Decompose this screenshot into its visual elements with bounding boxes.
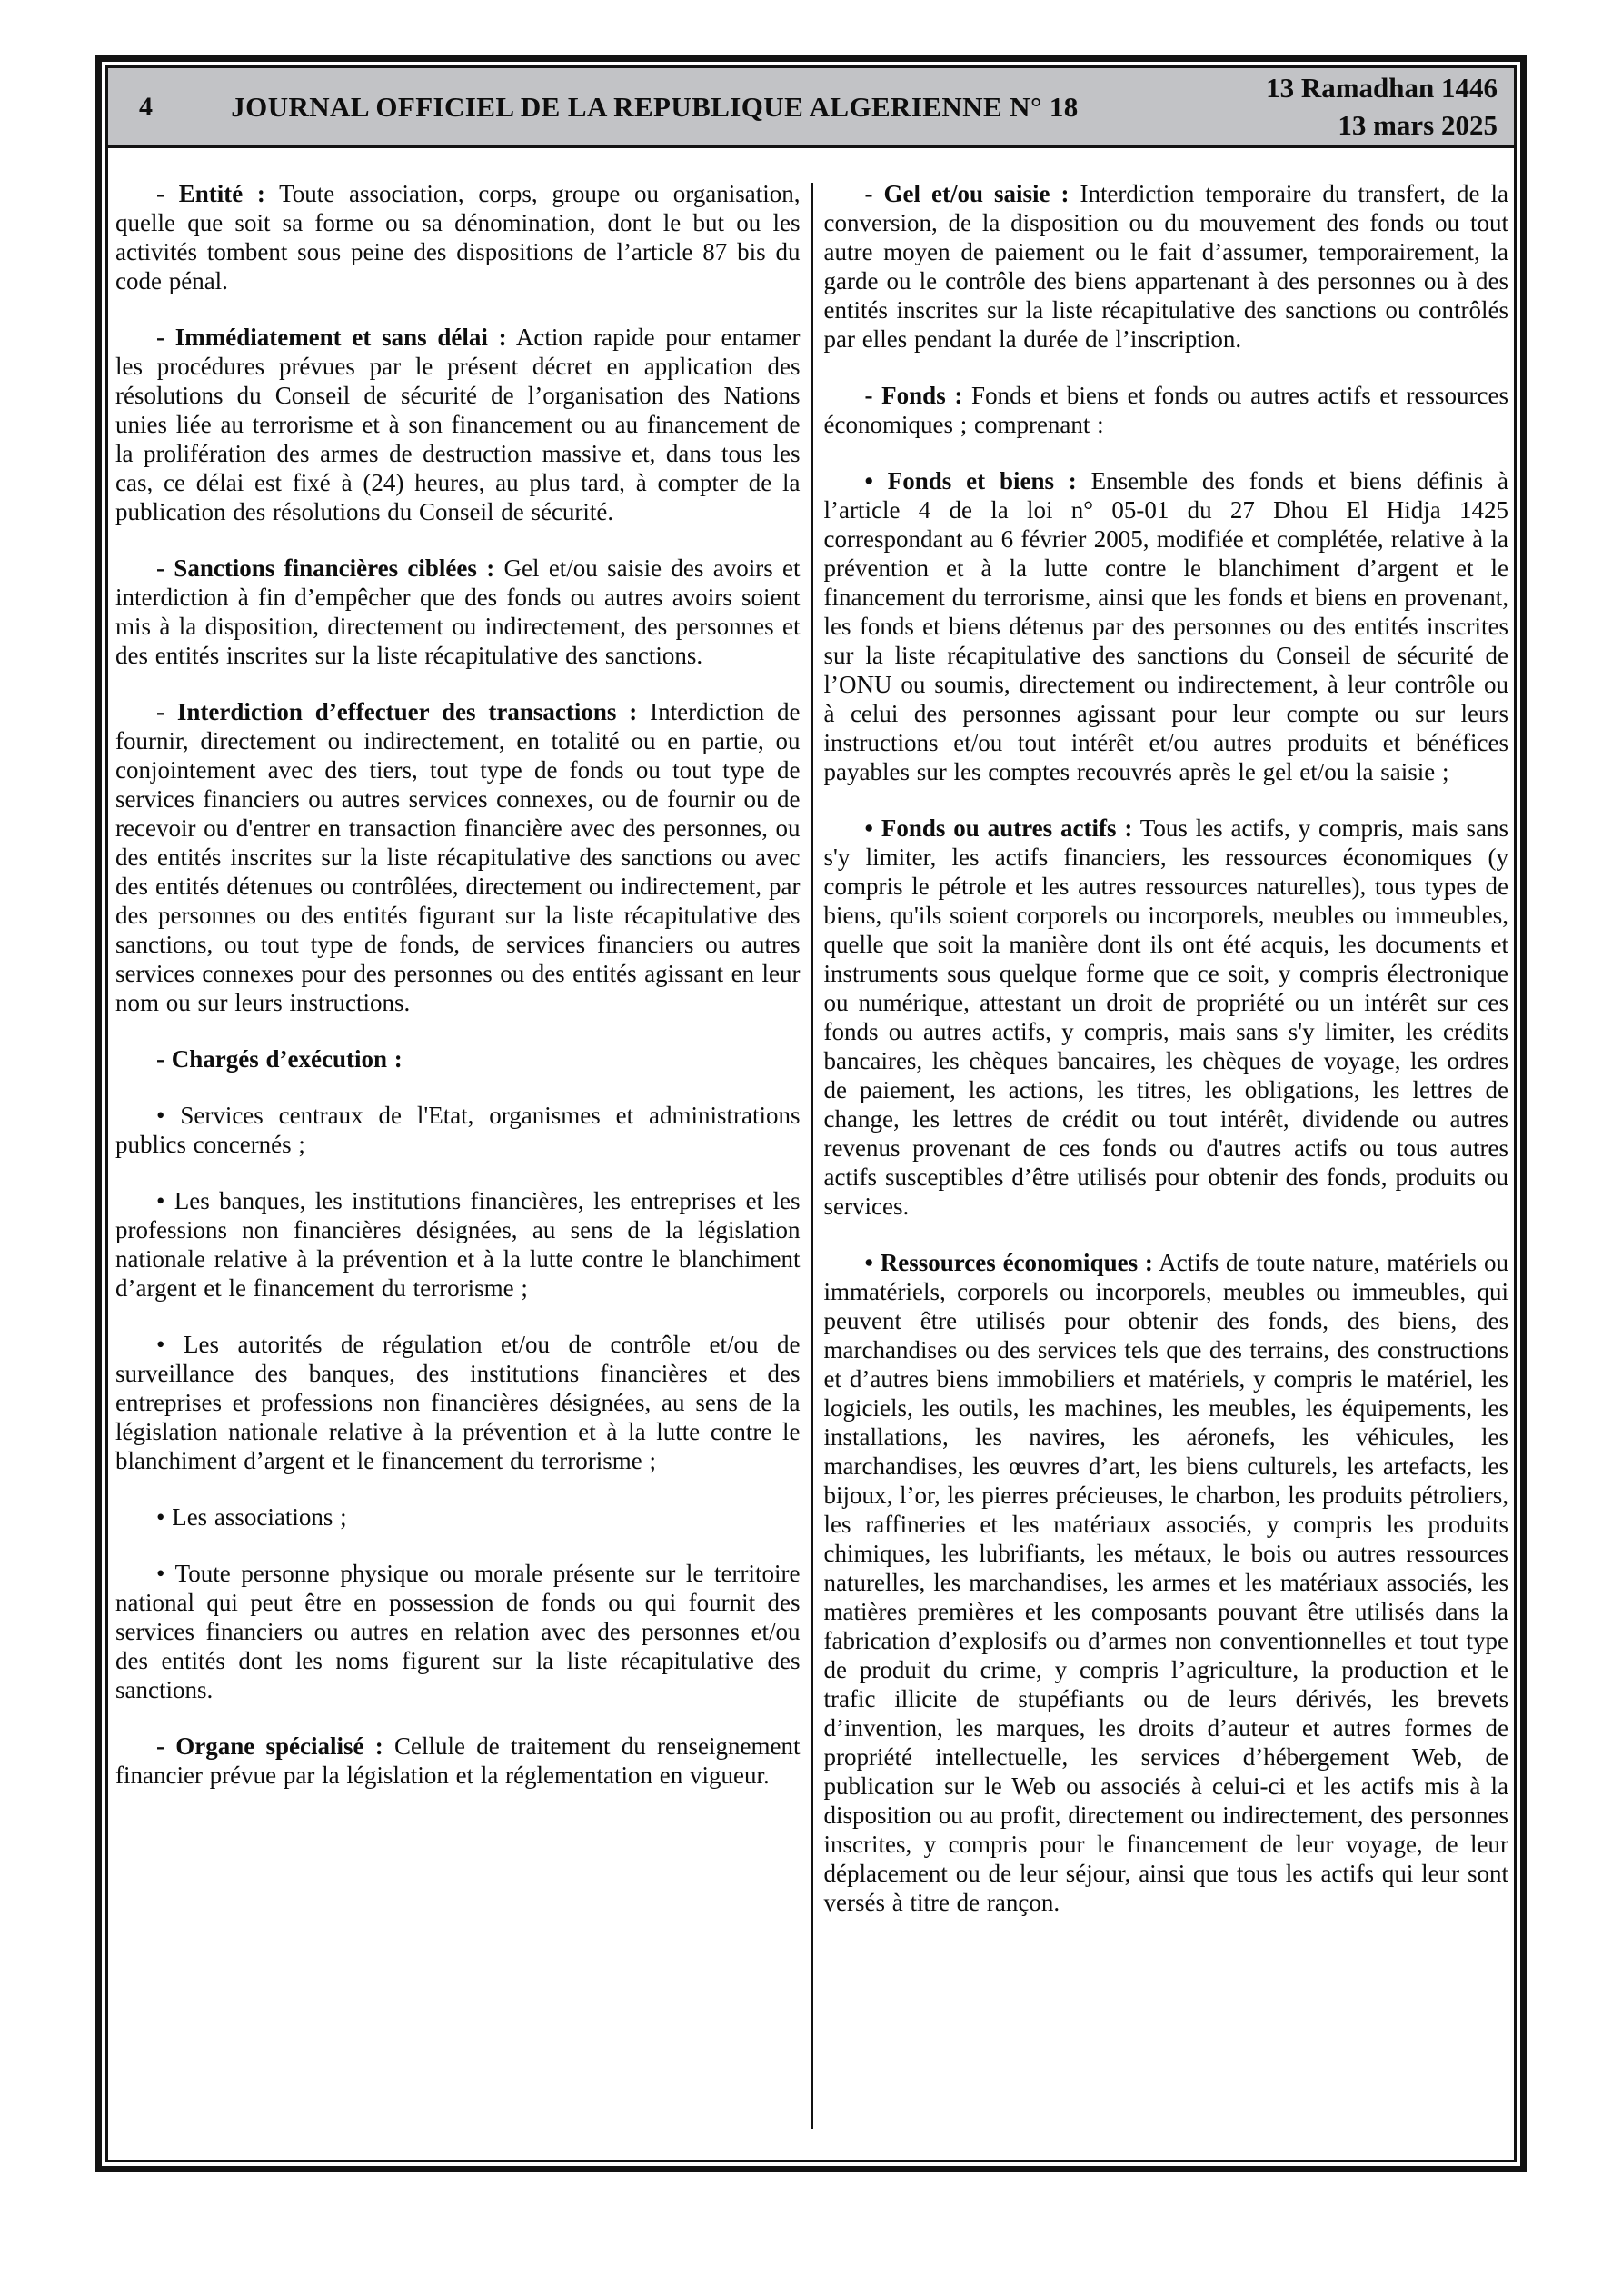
bullet-item: • Fonds ou autres actifs : Tous les acti…: [824, 814, 1509, 1221]
term-label: - Immédiatement et sans délai :: [156, 324, 507, 351]
definition-paragraph: - Gel et/ou saisie : Interdiction tempor…: [824, 179, 1509, 354]
definition-text: • Les autorités de régulation et/ou de c…: [115, 1331, 801, 1474]
bullet-item: • Toute personne physique ou morale prés…: [115, 1559, 801, 1704]
page-frame: 4 JOURNAL OFFICIEL DE LA REPUBLIQUE ALGE…: [95, 55, 1527, 2172]
definition-paragraph: - Fonds : Fonds et biens et fonds ou aut…: [824, 381, 1509, 439]
definition-text: Interdiction de fournir, directement ou …: [115, 698, 801, 1016]
definition-text: • Les associations ;: [156, 1503, 347, 1531]
definition-paragraph: - Chargés d’exécution :: [115, 1044, 801, 1073]
definition-paragraph: - Organe spécialisé : Cellule de traitem…: [115, 1732, 801, 1790]
definition-paragraph: - Sanctions financières ciblées : Gel et…: [115, 554, 801, 670]
page-frame-inner: 4 JOURNAL OFFICIEL DE LA REPUBLIQUE ALGE…: [105, 65, 1517, 2162]
definition-paragraph: - Immédiatement et sans délai : Action r…: [115, 323, 801, 526]
bullet-item: • Les banques, les institutions financiè…: [115, 1186, 801, 1303]
term-label: • Ressources économiques :: [865, 1249, 1153, 1276]
bullet-item: • Services centraux de l'Etat, organisme…: [115, 1101, 801, 1159]
bullet-item: • Les autorités de régulation et/ou de c…: [115, 1330, 801, 1475]
term-label: • Fonds ou autres actifs :: [865, 814, 1133, 842]
definition-text: • Toute personne physique ou morale prés…: [115, 1560, 801, 1703]
definition-text: Action rapide pour entamer les procédure…: [115, 324, 801, 525]
term-label: - Organe spécialisé :: [156, 1732, 383, 1760]
journal-page: { "header": { "page_number": "4", "title…: [0, 0, 1622, 2296]
definition-paragraph: - Entité : Toute association, corps, gro…: [115, 179, 801, 295]
header-band: 4 JOURNAL OFFICIEL DE LA REPUBLIQUE ALGE…: [108, 68, 1514, 148]
content-area: - Entité : Toute association, corps, gro…: [108, 148, 1514, 2160]
definition-text: • Les banques, les institutions financiè…: [115, 1187, 801, 1302]
issue-dates: 13 Ramadhan 1446 13 mars 2025: [1107, 70, 1501, 145]
right-column: - Gel et/ou saisie : Interdiction tempor…: [813, 179, 1509, 2160]
term-label: • Fonds et biens :: [865, 467, 1077, 494]
bullet-item: • Ressources économiques : Actifs de tou…: [824, 1248, 1509, 1917]
definition-paragraph: - Interdiction d’effectuer des transacti…: [115, 697, 801, 1017]
term-label: - Interdiction d’effectuer des transacti…: [156, 698, 637, 725]
term-label: - Gel et/ou saisie :: [865, 180, 1070, 207]
definition-text: Tous les actifs, y compris, mais sans s'…: [824, 814, 1509, 1220]
term-label: - Sanctions financières ciblées :: [156, 554, 494, 582]
journal-title: JOURNAL OFFICIEL DE LA REPUBLIQUE ALGERI…: [203, 91, 1107, 124]
definition-text: • Services centraux de l'Etat, organisme…: [115, 1102, 801, 1158]
date-gregorian: 13 mars 2025: [1107, 107, 1498, 145]
page-number: 4: [139, 92, 203, 123]
bullet-item: • Fonds et biens : Ensemble des fonds et…: [824, 466, 1509, 786]
term-label: - Chargés d’exécution :: [156, 1045, 403, 1073]
bullet-item: • Les associations ;: [115, 1502, 801, 1532]
definition-text: Actifs de toute nature, matériels ou imm…: [824, 1249, 1509, 1916]
term-label: - Fonds :: [865, 382, 963, 409]
left-column: - Entité : Toute association, corps, gro…: [115, 179, 811, 2160]
definition-text: Ensemble des fonds et biens définis à l’…: [824, 467, 1509, 785]
term-label: - Entité :: [156, 180, 265, 207]
date-hijri: 13 Ramadhan 1446: [1107, 70, 1498, 107]
